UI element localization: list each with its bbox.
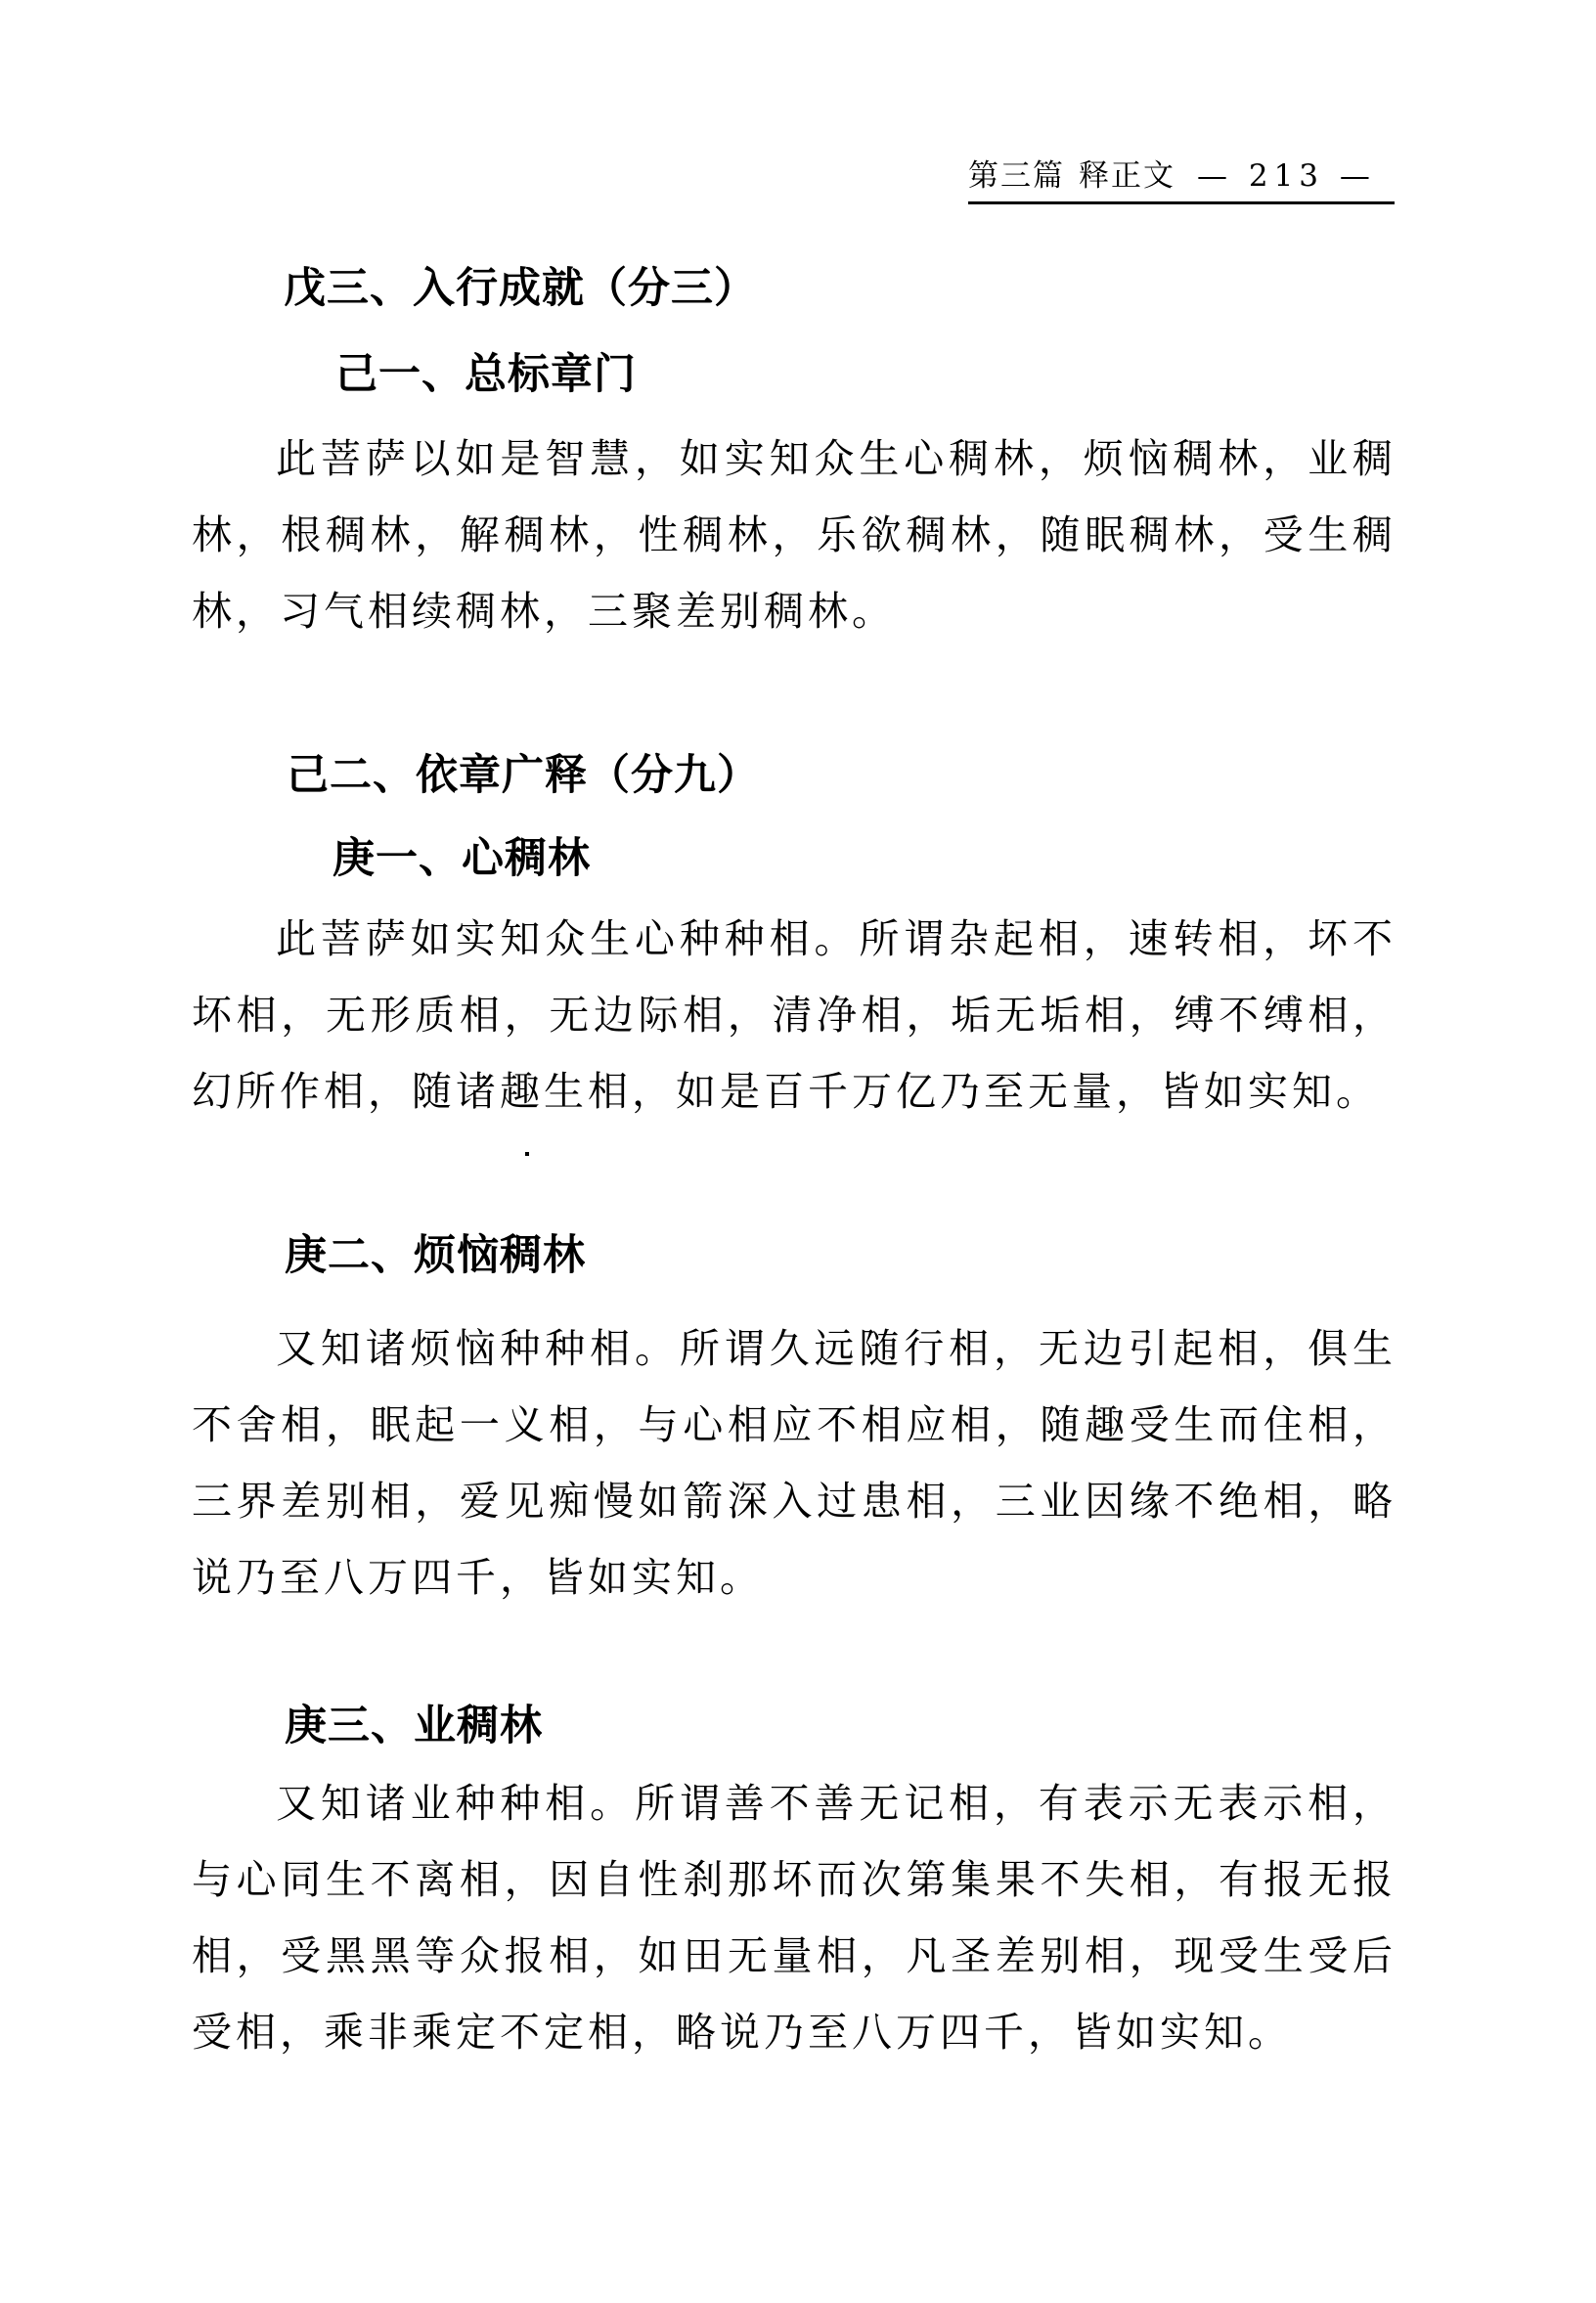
heading-ji2: 己二、依章广释（分九） (287, 751, 760, 800)
paragraph-geng1: 此菩萨如实知众生心种种相。所谓杂起相，速转相，坏不坏相，无形质相，无边际相，清净… (192, 901, 1396, 1129)
running-head-chapter: 第三篇 (968, 156, 1065, 196)
paragraph-geng2: 又知诸烦恼种种相。所谓久远随行相，无边引起相，俱生不舍相，眠起一义相，与心相应不… (192, 1310, 1396, 1616)
heading-geng1: 庚一、心稠林 (332, 834, 591, 883)
running-head-section: 释正文 (1079, 156, 1175, 196)
heading-ji1: 己一、总标章门 (335, 350, 637, 399)
page-number: — 213 — (1197, 156, 1376, 196)
scan-speck (525, 1152, 529, 1156)
paragraph-ji1: 此菩萨以如是智慧，如实知众生心稠林，烦恼稠林，业稠林，根稠林，解稠林，性稠林，乐… (192, 421, 1396, 649)
running-head: 第三篇 释正文 — 213 — (968, 156, 1395, 204)
heading-wu3: 戊三、入行成就（分三） (284, 264, 757, 313)
heading-geng3: 庚三、业稠林 (285, 1702, 543, 1750)
paragraph-geng3: 又知诸业种种相。所谓善不善无记相，有表示无表示相，与心同生不离相，因自性刹那坏而… (192, 1765, 1396, 2070)
heading-geng2: 庚二、烦恼稠林 (285, 1231, 586, 1280)
